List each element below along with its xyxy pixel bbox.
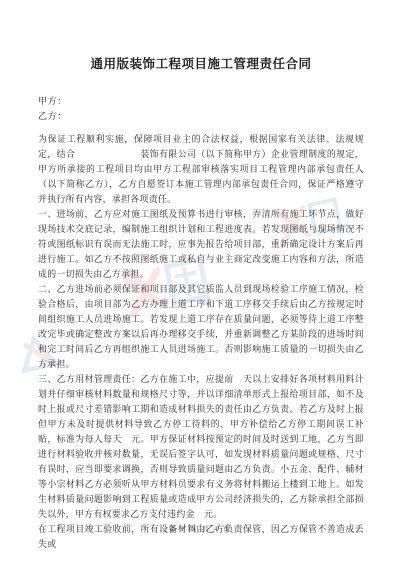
paragraph: 三、乙方用材管理责任：乙方在施工中，应提前 天以上安排好各项材料用料计划并仔细审… [38, 372, 364, 522]
paragraphs: 为保证工程顺利实施，保障项目业主的合法权益，根据国家有关法律、法规规定，结合 装… [38, 132, 364, 552]
document-content: 通用版装饰工程项目施工管理责任合同 甲方：乙方： 为保证工程顺利实施，保障项目业… [0, 0, 400, 552]
party-label: 甲方： [38, 94, 364, 109]
party-label: 乙方： [38, 109, 364, 124]
paragraph: 为保证工程顺利实施，保障项目业主的合法权益，根据国家有关法律、法规规定，结合 装… [38, 132, 364, 207]
paragraph: 一、进场前，乙方应对施工图纸及预算书进行审核，弄清所有施工环节点，做好现场技术交… [38, 207, 364, 282]
paragraph: 二、乙方进场前必须保证和项目部及其它质监人员到现场检验工序施工情况，检验合格后，… [38, 282, 364, 372]
document-title: 通用版装饰工程项目施工管理责任合同 [38, 54, 364, 72]
parties-block: 甲方：乙方： [38, 94, 364, 124]
document-page: 通用版装饰工程项目施工管理责任合同 甲方：乙方： 为保证工程顺利实施，保障项目业… [0, 0, 400, 565]
page-number: 第 1 页 共 4 页 [0, 524, 400, 533]
